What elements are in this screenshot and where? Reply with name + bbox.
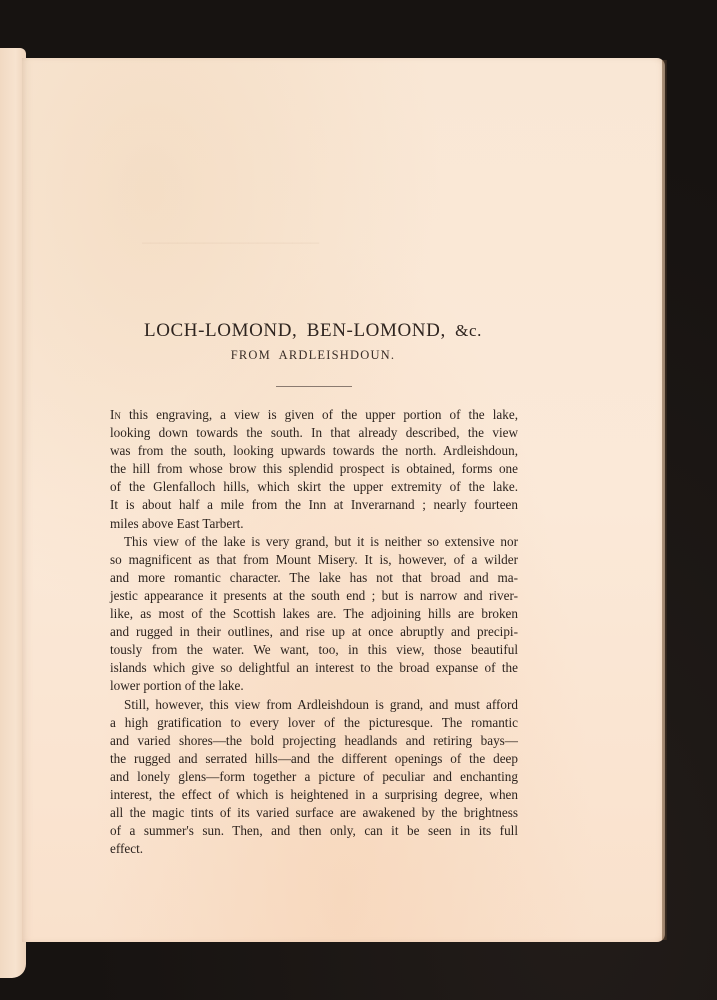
- text-line: the hill from whose brow this splendid p…: [110, 460, 518, 478]
- page-subtitle: FROM ARDLEISHDOUN.: [22, 348, 604, 363]
- text-line: miles above East Tarbert.: [110, 515, 518, 533]
- title-etc: &c.: [455, 321, 482, 340]
- title-rule-divider: [276, 386, 352, 387]
- text-line: tously from the water. We want, too, in …: [110, 641, 518, 659]
- text-line: all the magic tints of its varied surfac…: [110, 804, 518, 822]
- text-line: so magnificent as that from Mount Misery…: [110, 551, 518, 569]
- page-title: LOCH-LOMOND, BEN-LOMOND, &c.: [22, 320, 604, 342]
- text-line: and lonely glens—form together a picture…: [110, 768, 518, 786]
- page-block-edge: [662, 60, 667, 940]
- book-page: ──────────────────── LOCH-LOMOND, BEN-LO…: [22, 58, 665, 942]
- text-line: a high gratification to every lover of t…: [110, 714, 518, 732]
- text-line: This view of the lake is very grand, but…: [110, 533, 518, 551]
- text-line: interest, the effect of which is heighte…: [110, 786, 518, 804]
- text-line: islands which give so delightful an inte…: [110, 659, 518, 677]
- text-line: It is about half a mile from the Inn at …: [110, 496, 518, 514]
- text-line: and rugged in their outlines, and rise u…: [110, 623, 518, 641]
- small-caps-lead: In: [110, 407, 121, 422]
- title-main: LOCH-LOMOND, BEN-LOMOND,: [144, 320, 446, 341]
- text-line: and more romantic character. The lake ha…: [110, 569, 518, 587]
- text-line: of the Glenfalloch hills, which skirt th…: [110, 478, 518, 496]
- body-text: In this engraving, a view is given of th…: [110, 406, 518, 858]
- paragraph: Still, however, this view from Ardleishd…: [110, 696, 518, 859]
- text-line: looking down towards the south. In that …: [110, 424, 518, 442]
- text-line: Still, however, this view from Ardleishd…: [110, 696, 518, 714]
- paragraph: This view of the lake is very grand, but…: [110, 533, 518, 696]
- text-line: like, as most of the Scottish lakes are.…: [110, 605, 518, 623]
- text-line: of a summer's sun. Then, and then only, …: [110, 822, 518, 840]
- text-line: jestic appearance it presents at the sou…: [110, 587, 518, 605]
- text-line: effect.: [110, 840, 518, 858]
- text-line: was from the south, looking upwards towa…: [110, 442, 518, 460]
- text-line: In this engraving, a view is given of th…: [110, 406, 518, 424]
- show-through-text: ────────────────────: [142, 234, 542, 252]
- text-line: the rugged and serrated hills—and the di…: [110, 750, 518, 768]
- text-line: and varied shores—the bold projecting he…: [110, 732, 518, 750]
- paragraph: In this engraving, a view is given of th…: [110, 406, 518, 533]
- text-line: lower portion of the lake.: [110, 677, 518, 695]
